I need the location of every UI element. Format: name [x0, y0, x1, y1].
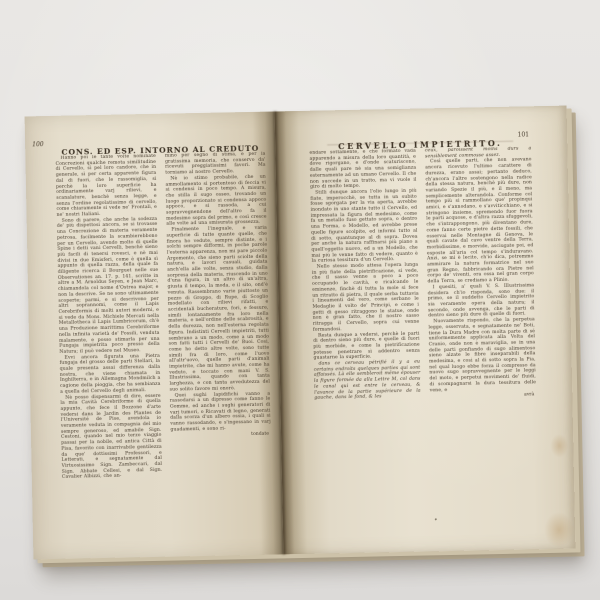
paragraph: dans ce cerveau pétrifié il y a eu certa…: [314, 360, 421, 402]
paragraph: Nè posso dispensarmi di dire, essere la …: [60, 393, 162, 481]
right-page-column-1: endare sottamente, e che formato vada ap…: [309, 149, 423, 517]
paragraph: mino per segno di stima, e per la gratis…: [165, 152, 266, 177]
right-page-number: 101: [518, 131, 530, 138]
paragraph: Finalmente l'ineguale, e varia superfici…: [166, 226, 270, 393]
left-page-column-1: Hanno poi le tante volte nominate Concre…: [55, 154, 163, 522]
paper-speck: [435, 518, 437, 520]
right-page-catchword: avrà: [430, 393, 537, 400]
paragraph: Nè io stimo probabile, che un ammollamen…: [165, 174, 267, 227]
paragraph: Evvi ancora figurata una Pietra fungaja …: [59, 353, 160, 395]
paragraph: Quei sughi lapidifichi vanno a rassodars…: [170, 391, 271, 433]
left-page-column-2: mino per segno di stima, e per la gratis…: [165, 152, 273, 520]
paragraph: Sono di parere, che anche la sodezza de'…: [57, 217, 160, 356]
left-page-header: 100 CONS. ED ESP. INTORNO AL CREDUTO: [55, 136, 265, 150]
paragraph: I quesiti, a' quali V. S. Illustrissima …: [428, 283, 535, 319]
paragraph: Resta dunque a vedersi, perchè le parti …: [313, 331, 420, 362]
paragraph: Stilli dunque ancora l'olio lungo in più…: [310, 189, 418, 265]
paragraph: Nello stesso modo attesa l'opera lunga i…: [312, 263, 420, 334]
text-column: ceux, paroissent moins durs à sensibleme…: [425, 146, 536, 393]
left-page-text-block: Hanno poi le tante volte nominate Concre…: [55, 152, 272, 522]
paper-stain: [550, 434, 568, 458]
paragraph: endare sottamente, e che formato vada ap…: [309, 149, 416, 191]
text-column: mino per segno di stima, e per la gratis…: [165, 152, 271, 433]
page-spread: 100 CONS. ED ESP. INTORNO AL CREDUTO Han…: [25, 106, 576, 560]
paragraph: Nuovamente rispondo, che la perpetua leg…: [428, 317, 536, 393]
right-page-column-2: ceux, paroissent moins durs à sensibleme…: [425, 146, 539, 514]
paragraph: Hanno poi le tante volte nominate Concre…: [55, 154, 157, 219]
photo-background: 100 CONS. ED ESP. INTORNO AL CREDUTO Han…: [0, 0, 600, 600]
right-page: CERVELLO IMPIETRITO. 101 endare sottamen…: [275, 106, 576, 555]
open-book: 100 CONS. ED ESP. INTORNO AL CREDUTO Han…: [25, 106, 576, 560]
right-page-header: CERVELLO IMPIETRITO. 101: [309, 130, 531, 144]
paragraph: Così quelle parti, che non avevano ancor…: [425, 158, 534, 286]
paper-stain: [544, 512, 575, 549]
right-page-text-block: endare sottamente, e che formato vada ap…: [309, 146, 538, 516]
left-page: 100 CONS. ED ESP. INTORNO AL CREDUTO Han…: [25, 111, 284, 559]
left-page-number: 100: [32, 141, 44, 148]
left-page-catchword: tondate: [171, 432, 272, 439]
